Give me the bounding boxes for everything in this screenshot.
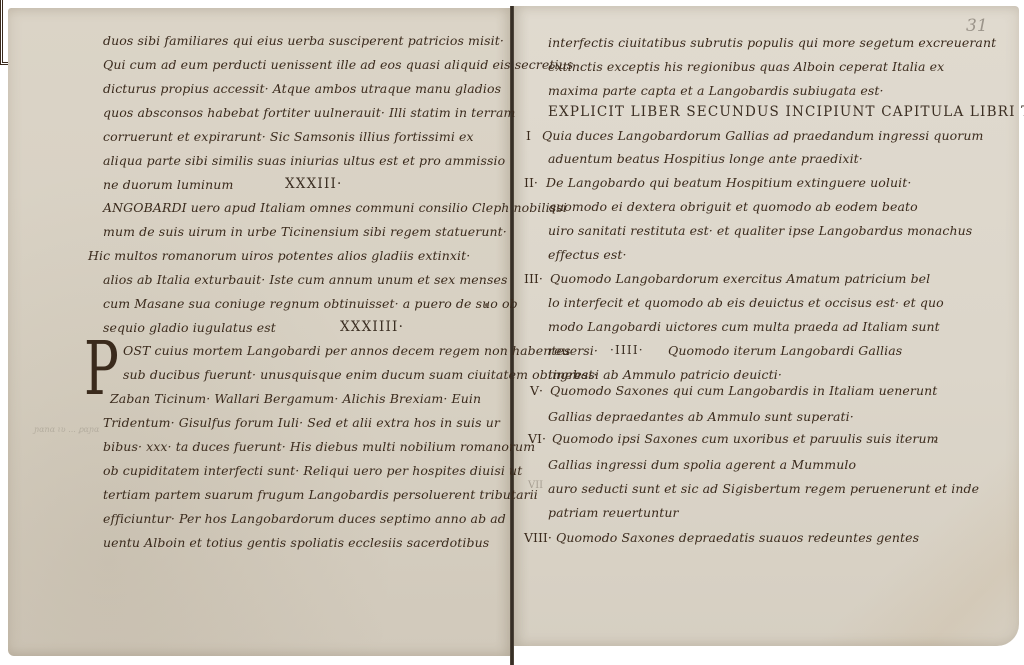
- punctus-mark: [485, 303, 489, 307]
- left-line-17: Tridentum· Gisulfus forum Iuli· Sed et a…: [103, 415, 500, 431]
- right-line-18: Quomodo ipsi Saxones cum uxoribus et par…: [552, 431, 939, 447]
- right-line-9: uiro sanitati restituta est· et qualiter…: [548, 223, 972, 239]
- right-line-14: reuersi·: [548, 343, 598, 359]
- left-line-7: ne duorum luminum: [103, 177, 233, 193]
- left-line-3: dicturus propius accessit· Atque ambos u…: [103, 81, 501, 97]
- right-line-22: Quomodo Saxones depraedatis suauos redeu…: [556, 530, 919, 546]
- right-line-6: aduentum beatus Hospitius longe ante pra…: [548, 151, 863, 167]
- right-line-8: quomodo ei dextera obriguit et quomodo a…: [548, 199, 918, 215]
- chapter-number-iii: III·: [524, 271, 543, 286]
- left-line-9: mum de suis uirum in urbe Ticinensium si…: [103, 224, 507, 240]
- explicit-incipit-rubric: EXPLICIT LIBER SECUNDUS INCIPIUNT CAPITU…: [548, 104, 1024, 120]
- chapter-number-ii: II·: [524, 175, 538, 190]
- folio-number: 31: [966, 16, 988, 36]
- chapter-number-iiii: ·IIII·: [610, 342, 644, 358]
- faded-marginalia: ɲɑnɑ ɩʋ ... ꝑɑɲɑ: [34, 425, 99, 435]
- right-line-5: Quia duces Langobardorum Gallias ad prae…: [542, 128, 984, 144]
- chapter-number-viii: VIII·: [524, 530, 552, 545]
- right-line-1: interfectis ciuitatibus subrutis populis…: [548, 35, 996, 51]
- right-line-7: De Langobardo qui beatum Hospitium extin…: [546, 175, 911, 191]
- left-line-21: efficiuntur· Per hos Langobardorum duces…: [103, 511, 506, 527]
- chapter-number-i: I: [526, 128, 531, 143]
- chapter-number-xxxiiii: XXXIIII·: [340, 319, 404, 335]
- right-line-11: Quomodo Langobardorum exercitus Amatum p…: [550, 271, 930, 287]
- left-line-1: duos sibi familiares qui eius uerba susc…: [103, 33, 504, 49]
- chapter-number-xxxiii: XXXIII·: [285, 176, 343, 192]
- left-line-19: ob cupiditatem interfecti sunt· Reliqui …: [103, 463, 522, 479]
- left-line-11: alios ab Italia exturbauit· Iste cum ann…: [103, 272, 507, 288]
- left-line-5: corruerunt et expirarunt· Sic Samsonis i…: [103, 129, 474, 145]
- left-line-12: cum Masane sua coniuge regnum obtinuisse…: [103, 296, 518, 312]
- left-line-6: aliqua parte sibi similis suas iniurias …: [103, 153, 505, 169]
- right-line-15: ingressi ab Ammulo patricio deuicti·: [548, 367, 782, 383]
- chapter-number-vii: VII: [528, 480, 543, 491]
- right-line-10: effectus est·: [548, 247, 627, 263]
- left-line-18: bibus· xxx· ta duces fuerunt· His diebus…: [103, 439, 535, 455]
- right-line-12: lo interfecit et quomodo ab eis deuictus…: [548, 295, 944, 311]
- punctus-mark: [934, 440, 937, 443]
- right-line-2: extinctis exceptis his regionibus quas A…: [548, 59, 944, 75]
- left-line-15: sub ducibus fuerunt· unusquisque enim du…: [123, 367, 598, 383]
- right-line-14b: Quomodo iterum Langobardi Gallias: [668, 343, 902, 359]
- left-line-8: ANGOBARDI uero apud Italiam omnes commun…: [103, 200, 567, 216]
- right-line-21: patriam reuertuntur: [548, 505, 679, 521]
- right-line-19: Gallias ingressi dum spolia agerent a Mu…: [548, 457, 856, 473]
- right-line-20: auro seducti sunt et sic ad Sigisbertum …: [548, 481, 979, 497]
- right-line-3: maxima parte capta et a Langobardis subi…: [548, 83, 884, 99]
- left-line-14: OST cuius mortem Langobardi per annos de…: [123, 343, 571, 359]
- left-line-4: quos absconsos habebat fortiter uulnerau…: [103, 105, 515, 121]
- right-line-16: Quomodo Saxones qui cum Langobardis in I…: [550, 383, 937, 399]
- chapter-number-v: V·: [530, 383, 543, 398]
- chapter-number-vi: VI·: [528, 431, 546, 446]
- left-line-16: Zaban Ticinum· Wallari Bergamum· Alichis…: [110, 391, 481, 407]
- left-line-22: uentu Alboin et totius gentis spoliatis …: [103, 535, 489, 551]
- right-line-17: Gallias depraedantes ab Ammulo sunt supe…: [548, 409, 854, 425]
- left-line-10: Hic multos romanorum uiros potentes alio…: [88, 248, 470, 264]
- left-line-13: sequio gladio iugulatus est: [103, 320, 276, 336]
- left-line-20: tertiam partem suarum frugum Langobardis…: [103, 487, 538, 503]
- left-line-2: Qui cum ad eum perducti uenissent ille a…: [103, 57, 573, 73]
- right-line-13: modo Langobardi uictores cum multa praed…: [548, 319, 940, 335]
